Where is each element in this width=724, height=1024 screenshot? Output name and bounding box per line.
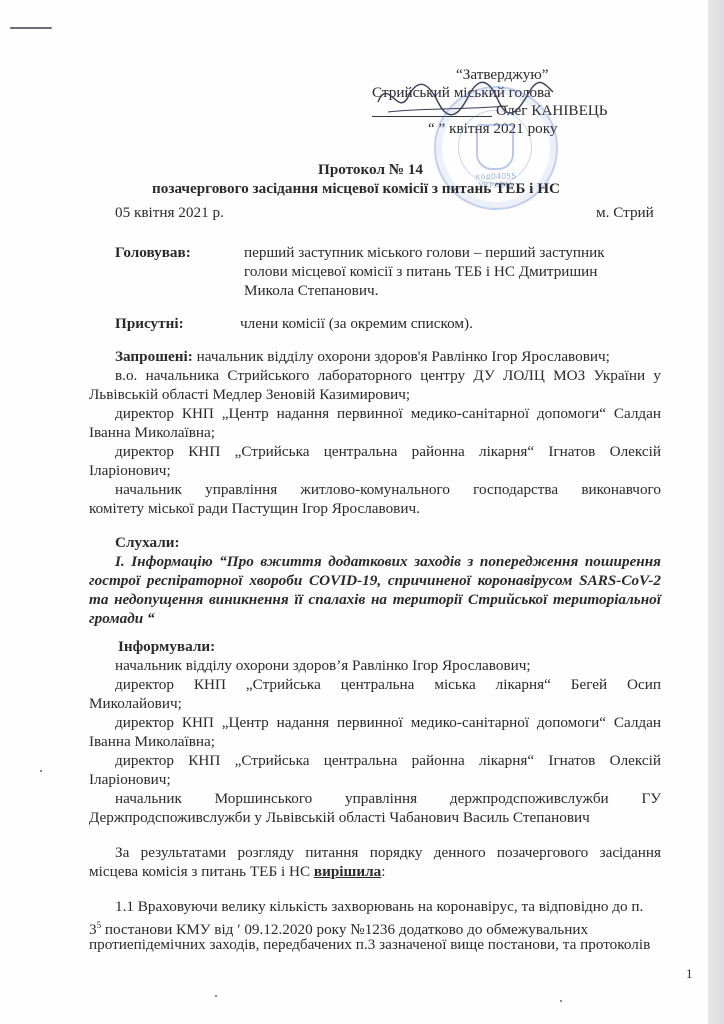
present-text: члени комісії (за окремим списком). xyxy=(240,314,473,333)
trident-emblem-icon xyxy=(476,124,514,170)
chaired-line: голови місцевої комісії з питань ТЕБ і Н… xyxy=(244,262,597,281)
informed-line: директор КНП „Стрийська центральна район… xyxy=(115,751,661,770)
scan-speck xyxy=(215,995,217,997)
scan-mark xyxy=(10,27,52,29)
informed-line: начальник Моршинського управління держпр… xyxy=(115,789,661,808)
scan-speck xyxy=(40,770,42,772)
page-number: 1 xyxy=(686,966,693,982)
invited-line: Львівській області Медлер Зеновій Казими… xyxy=(89,385,410,404)
invited-line: комітету міської ради Пастущин Ігор Ярос… xyxy=(89,499,420,518)
listened-line: та недопущення виникнення її спалахів на… xyxy=(89,590,661,609)
decision-paragraph-line: протиепідемічних заходів, передбачених п… xyxy=(89,935,650,954)
chaired-label: Головував: xyxy=(115,243,191,262)
chaired-line: перший заступник міського голови – перши… xyxy=(244,243,605,262)
protocol-subtitle: позачергового засідання місцевої комісії… xyxy=(152,179,560,198)
informed-line: Держпродспоживслужби у Львівській област… xyxy=(89,808,590,827)
invited-line: директор КНП „Стрийська центральна район… xyxy=(115,442,661,461)
present-label: Присутні: xyxy=(115,314,184,333)
listened-line: гострої респіраторної хвороби COVID-19, … xyxy=(89,571,661,590)
meeting-place: м. Стрий xyxy=(596,203,654,222)
informed-line: директор КНП „Центр надання первинної ме… xyxy=(115,713,661,732)
decision-intro-line: За результатами розгляду питання порядку… xyxy=(115,843,661,862)
listened-label: Слухали: xyxy=(115,533,180,552)
informed-line: Миколайович; xyxy=(89,694,182,713)
scan-speck xyxy=(560,1000,562,1002)
invited-line: в.о. начальника Стрийського лабораторног… xyxy=(115,366,661,385)
informed-line: начальник відділу охорони здоров’я Равлі… xyxy=(115,656,531,675)
decided-keyword: вирішила xyxy=(314,863,381,880)
decision-intro-line: місцева комісія з питань ТЕБ і НС виріши… xyxy=(89,862,385,881)
decision-paragraph-line: 1.1 Враховуючи велику кількість захворюв… xyxy=(115,897,643,916)
invited-line: Іванна Миколаївна; xyxy=(89,423,215,442)
invited-line: начальник управління житлово-комунальног… xyxy=(115,480,661,499)
informed-label: Інформували: xyxy=(118,637,215,656)
listened-line: І. Інформацію “Про вжиття додаткових зах… xyxy=(115,552,661,571)
informed-line: Іванна Миколаївна; xyxy=(89,732,215,751)
meeting-date: 05 квітня 2021 р. xyxy=(115,203,224,222)
informed-line: Іларіонович; xyxy=(89,770,171,789)
scan-edge-shadow xyxy=(708,0,724,1024)
protocol-title: Протокол № 14 xyxy=(318,160,423,179)
invited-first-line: Запрошені: начальник відділу охорони здо… xyxy=(115,347,610,366)
chaired-line: Микола Степанович. xyxy=(244,281,378,300)
invited-line: директор КНП „Центр надання первинної ме… xyxy=(115,404,661,423)
invited-line: Іларіонович; xyxy=(89,461,171,480)
listened-line: громади “ xyxy=(89,609,155,628)
informed-line: директор КНП „Стрийська центральна міськ… xyxy=(115,675,661,694)
